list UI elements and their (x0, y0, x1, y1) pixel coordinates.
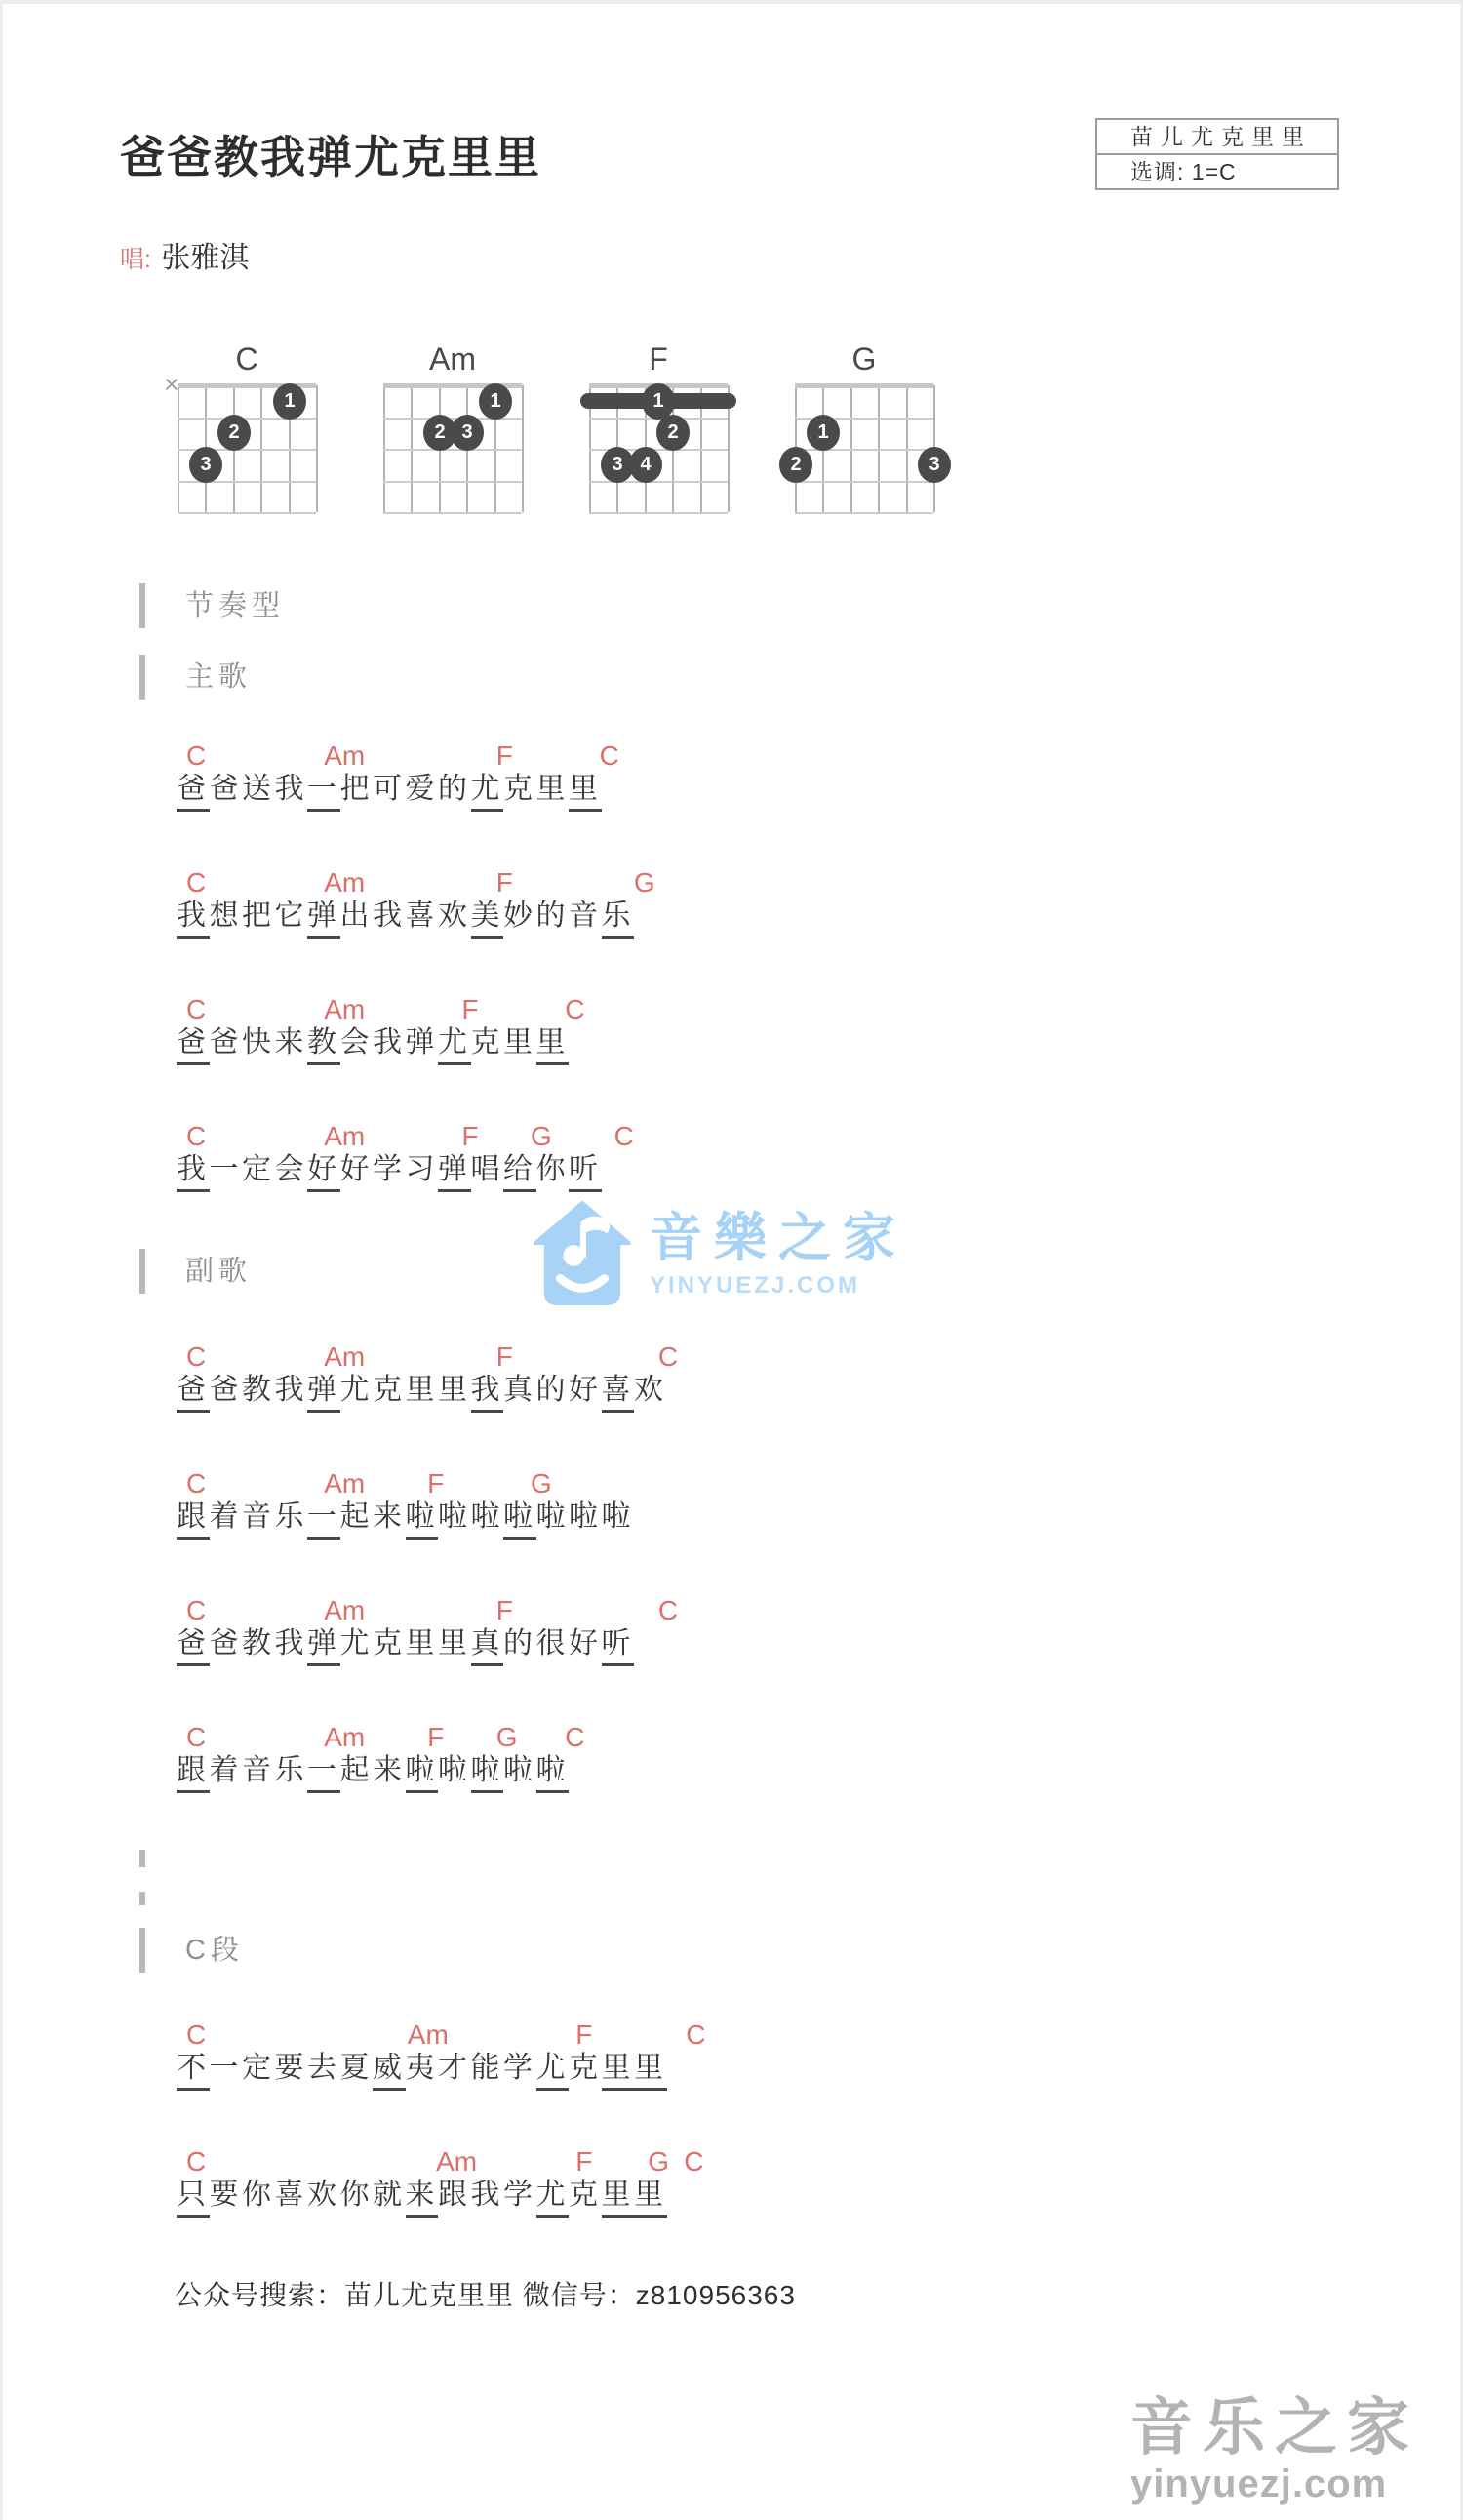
lyric-char: 起 (340, 1753, 374, 1790)
lyric-char: 只 (177, 2178, 210, 2218)
lyric-char: 里 (634, 2178, 667, 2218)
lyric-char: 真 (503, 1373, 536, 1410)
lyric-char: 会 (275, 1152, 308, 1189)
lyric-char: 里 (406, 1626, 439, 1663)
lyric-char: 习 (406, 1152, 439, 1189)
lyric-char: 我 (471, 1373, 504, 1413)
lyric-char: 听 (569, 1152, 602, 1192)
lyric-char: 学 (503, 2178, 536, 2215)
singer-line: 唱: 张雅淇 (120, 240, 1460, 282)
fret-line (178, 512, 316, 514)
chord-label-C: C (565, 1723, 584, 1752)
lyric-char: 尤 (471, 772, 504, 812)
lyric-line: CAmFC爸爸快来教会我弹尤克里里 (177, 995, 1460, 1065)
lyric-char: 的 (503, 1626, 536, 1663)
lyric-char: 能 (471, 2051, 504, 2088)
lyric-char: 不 (177, 2051, 210, 2091)
lyric-char: 爱 (406, 772, 439, 809)
lyric-char: 好 (569, 1373, 602, 1410)
lyric-char: 我 (177, 1152, 210, 1192)
lyric-char: 啦 (536, 1500, 570, 1537)
chord-label-Am: Am (324, 1723, 365, 1752)
chord-label-C: C (186, 1596, 206, 1625)
chord-label-F: F (575, 2147, 592, 2177)
chord-label-Am: Am (324, 995, 365, 1024)
lyric-char: 我 (275, 1626, 308, 1663)
lyric-char: 尤 (340, 1373, 374, 1410)
lyric-char: 教 (242, 1626, 275, 1663)
lyric-char: 里 (602, 2178, 635, 2218)
chord-name: F (589, 342, 728, 378)
lyric-char: 一 (307, 1500, 340, 1540)
lyric-char: 来 (406, 2178, 439, 2218)
chord-name: C (178, 342, 316, 378)
lyric-char: 啦 (471, 1500, 504, 1537)
muted-string-icon: × (164, 370, 179, 400)
string-line (522, 385, 524, 512)
lyric-char: 弹 (307, 1626, 340, 1666)
fret-line (383, 512, 522, 514)
lyric-char: 真 (471, 1626, 504, 1666)
lyric-text: 跟着音乐一起来啦啦啦啦啦 (177, 1753, 569, 1793)
lyric-char: 我 (471, 2178, 504, 2215)
chord-label-C: C (686, 2020, 705, 2050)
lyric-char: 快 (242, 1025, 275, 1062)
chord-label-G: G (496, 1723, 518, 1752)
lyric-char: 欢 (307, 2178, 340, 2215)
lyric-char: 给 (503, 1152, 536, 1192)
lyric-char: 就 (373, 2178, 406, 2215)
lyric-char: 你 (536, 1152, 570, 1189)
lyric-char: 克 (569, 2178, 602, 2215)
lyric-char: 想 (210, 899, 243, 936)
lyric-line: CAmFG我想把它弹出我喜欢美妙的音乐 (177, 868, 1460, 939)
lyric-char: 一 (210, 2051, 243, 2088)
lyric-char: 我 (275, 1373, 308, 1410)
lyric-char: 弹 (406, 1025, 439, 1062)
finger-dot: 1 (479, 383, 512, 420)
fret-line (589, 512, 728, 514)
section-bar (139, 1928, 145, 1973)
info-channel: 苗儿尤克里里 (1097, 120, 1337, 155)
lyric-line: CAmFC爸爸送我一把可爱的尤克里里 (177, 741, 1460, 812)
finger-dot: 2 (217, 415, 251, 451)
chord-label-G: G (634, 868, 655, 898)
lyric-char: 一 (307, 1753, 340, 1793)
chord-label-F: F (575, 2020, 592, 2050)
lyric-char: 喜 (406, 899, 439, 936)
lyric-char: 里 (438, 1626, 471, 1663)
lyric-char: 唱 (471, 1152, 504, 1189)
lyric-char: 里 (503, 1025, 536, 1062)
section-header-节奏型: 节奏型 (139, 583, 1460, 628)
section-header-主歌: 主歌 (139, 655, 1460, 700)
lyric-char: 音 (569, 899, 602, 936)
lyric-line: CAmFGC跟着音乐一起来啦啦啦啦啦 (177, 1723, 1460, 1793)
lyric-char: 爸 (210, 1025, 243, 1062)
section-header-副歌: 副歌 (139, 1249, 1460, 1294)
lyric-text: 跟着音乐一起来啦啦啦啦啦啦啦 (177, 1500, 634, 1540)
lyric-char: 才 (438, 2051, 471, 2088)
finger-dot: 3 (189, 447, 222, 483)
chord-label-F: F (461, 1122, 478, 1151)
lyric-char: 啦 (536, 1753, 570, 1793)
fret-line (795, 481, 933, 483)
lyric-char: 妙 (503, 899, 536, 936)
lyric-char: 爸 (177, 1626, 210, 1666)
lyric-char: 爸 (210, 1626, 243, 1663)
chord-label-C: C (186, 868, 206, 898)
chord-label-Am: Am (324, 741, 365, 771)
section-label: 节奏型 (185, 583, 285, 628)
lyric-char: 尤 (536, 2178, 570, 2218)
lyric-char: 送 (242, 772, 275, 809)
lyric-char: 来 (373, 1500, 406, 1537)
lyric-char: 里 (569, 772, 602, 812)
lyric-char: 乐 (275, 1500, 308, 1537)
lyric-char: 定 (242, 1152, 275, 1189)
chord-label-C: C (186, 995, 206, 1024)
finger-dot: 1 (273, 383, 306, 420)
lyric-char: 里 (406, 1373, 439, 1410)
lyric-char: 啦 (503, 1753, 536, 1790)
chord-label-Am: Am (324, 868, 365, 898)
lyric-char: 它 (275, 899, 308, 936)
chord-sheet-page: 苗儿尤克里里 选调: 1=C 爸爸教我弹尤克里里 唱: 张雅淇 C×123Am1… (3, 4, 1460, 2520)
lyric-char: 听 (602, 1626, 635, 1666)
lyric-char: 跟 (177, 1500, 210, 1540)
section-spacer-bar (139, 1850, 145, 1867)
lyric-char: 音 (242, 1500, 275, 1537)
finger-dot: 2 (779, 447, 812, 483)
finger-dot: 1 (807, 415, 840, 451)
chord-label-F: F (496, 1342, 513, 1372)
lyric-char: 要 (210, 2178, 243, 2215)
chord-label-C: C (186, 1122, 206, 1151)
chord-diagram-c: C×123 (178, 342, 316, 512)
lyric-char: 克 (503, 772, 536, 809)
lyric-char: 好 (569, 1626, 602, 1663)
lyric-char: 学 (503, 2051, 536, 2088)
lyric-line: CAmFGC我一定会好好学习弹唱给你听 (177, 1122, 1460, 1192)
info-box: 苗儿尤克里里 选调: 1=C (1095, 118, 1339, 190)
chord-label-Am: Am (408, 2020, 449, 2050)
lyric-char: 克 (569, 2051, 602, 2088)
lyric-char: 里 (438, 1373, 471, 1410)
lyric-char: 起 (340, 1500, 374, 1537)
lyric-char: 学 (373, 1152, 406, 1189)
chord-label-C: C (186, 2147, 206, 2177)
lyric-char: 克 (373, 1373, 406, 1410)
lyric-text: 我想把它弹出我喜欢美妙的音乐 (177, 899, 634, 939)
string-line (316, 385, 318, 512)
singer-name: 张雅淇 (161, 242, 249, 274)
finger-dot: 3 (918, 447, 951, 483)
lyric-char: 喜 (602, 1373, 635, 1413)
chord-diagram-g: G123 (795, 342, 933, 512)
lyric-char: 爸 (177, 1025, 210, 1065)
lyric-char: 啦 (471, 1753, 504, 1793)
chord-label-F: F (427, 1469, 444, 1499)
chord-label-Am: Am (324, 1122, 365, 1151)
chord-label-C: C (186, 1342, 206, 1372)
lyric-char: 会 (340, 1025, 374, 1062)
lyric-text: 不一定要去夏威夷才能学尤克里里 (177, 2051, 667, 2091)
section-label: C段 (185, 1928, 244, 1973)
lyric-char: 欢 (438, 899, 471, 936)
lyric-char: 你 (340, 2178, 374, 2215)
chord-label-C: C (565, 995, 584, 1024)
lyric-char: 来 (373, 1753, 406, 1790)
chord-label-C: C (186, 2020, 206, 2050)
lyric-char: 啦 (602, 1500, 635, 1537)
chord-label-Am: Am (324, 1596, 365, 1625)
finger-dot: 3 (451, 415, 484, 451)
bottom-watermark-title: 音乐之家 (1130, 2392, 1419, 2462)
lyric-char: 把 (340, 772, 374, 809)
lyric-char: 威 (373, 2051, 406, 2091)
bottom-watermark-domain: yinyuezj.com (1130, 2462, 1419, 2505)
lyric-char: 克 (373, 1626, 406, 1663)
lyric-text: 爸爸送我一把可爱的尤克里里 (177, 772, 602, 812)
lyric-char: 欢 (634, 1373, 667, 1410)
barre-finger-dot: 1 (642, 383, 675, 420)
chord-label-G: G (648, 2147, 669, 2177)
lyric-char: 尤 (438, 1025, 471, 1065)
chord-label-G: G (531, 1122, 552, 1151)
lyric-char: 弹 (438, 1152, 471, 1192)
chord-label-C: C (684, 2147, 703, 2177)
song-body: 节奏型主歌CAmFC爸爸送我一把可爱的尤克里里CAmFG我想把它弹出我喜欢美妙的… (120, 583, 1460, 2218)
lyric-char: 出 (340, 899, 374, 936)
lyric-char: 我 (373, 1025, 406, 1062)
chord-diagrams-row: C×123Am123F1234G123 (120, 342, 1460, 526)
lyric-char: 定 (242, 2051, 275, 2088)
chord-label-C: C (186, 1469, 206, 1499)
chord-grid: 1234 (589, 385, 728, 512)
lyric-text: 只要你喜欢你就来跟我学尤克里里 (177, 2178, 667, 2218)
singer-label: 唱: (120, 246, 151, 273)
info-key: 选调: 1=C (1097, 155, 1337, 188)
chord-label-Am: Am (436, 2147, 477, 2177)
lyric-line: CAmFC爸爸教我弹尤克里里我真的好喜欢 (177, 1342, 1460, 1413)
lyric-char: 很 (536, 1626, 570, 1663)
footer-note: 公众号搜索：苗儿尤克里里 微信号：z810956363 (175, 2274, 1460, 2313)
lyric-char: 跟 (438, 2178, 471, 2215)
lyric-char: 夏 (340, 2051, 374, 2088)
chord-label-C: C (614, 1122, 634, 1151)
section-bar (139, 1249, 145, 1294)
lyric-char: 着 (210, 1753, 243, 1790)
lyric-char: 去 (307, 2051, 340, 2088)
section-header-C段: C段 (139, 1928, 1460, 1973)
lyric-char: 的 (438, 772, 471, 809)
lyric-char: 克 (471, 1025, 504, 1062)
lyric-char: 啦 (438, 1500, 471, 1537)
finger-dot: 4 (629, 447, 662, 483)
chord-grid: ×123 (178, 385, 316, 512)
lyric-char: 的 (536, 1373, 570, 1410)
chord-label-C: C (600, 741, 619, 771)
lyric-char: 里 (536, 1025, 570, 1065)
lyric-char: 啦 (406, 1500, 439, 1540)
lyric-char: 我 (275, 772, 308, 809)
lyric-char: 可 (373, 772, 406, 809)
lyric-char: 里 (634, 2051, 667, 2091)
chord-label-F: F (427, 1723, 444, 1752)
lyric-char: 尤 (340, 1626, 374, 1663)
lyric-char: 啦 (503, 1500, 536, 1540)
lyric-char: 好 (340, 1152, 374, 1189)
chord-label-C: C (658, 1596, 678, 1625)
chord-label-C: C (658, 1342, 678, 1372)
chord-grid: 123 (795, 385, 933, 512)
lyric-char: 夷 (406, 2051, 439, 2088)
lyric-char: 教 (242, 1373, 275, 1410)
lyric-char: 一 (210, 1152, 243, 1189)
chord-label-F: F (496, 868, 513, 898)
lyric-char: 爸 (177, 1373, 210, 1413)
fret-line (383, 449, 522, 451)
chord-label-Am: Am (324, 1342, 365, 1372)
fret-line (795, 512, 933, 514)
section-label: 主歌 (185, 655, 252, 700)
lyric-text: 爸爸教我弹尤克里里真的很好听 (177, 1626, 634, 1666)
lyric-char: 把 (242, 899, 275, 936)
section-spacer-bar (139, 1892, 145, 1905)
lyric-char: 尤 (536, 2051, 570, 2091)
lyric-char: 爸 (210, 772, 243, 809)
chord-name: Am (383, 342, 522, 378)
lyric-line: CAmFC爸爸教我弹尤克里里真的很好听 (177, 1596, 1460, 1666)
lyric-char: 里 (536, 772, 570, 809)
lyric-char: 你 (242, 2178, 275, 2215)
lyric-char: 好 (307, 1152, 340, 1192)
lyric-text: 爸爸快来教会我弹尤克里里 (177, 1025, 569, 1065)
chord-grid: 123 (383, 385, 522, 512)
lyric-char: 啦 (569, 1500, 602, 1537)
lyric-line: CAmFG跟着音乐一起来啦啦啦啦啦啦啦 (177, 1469, 1460, 1540)
fret-line (383, 481, 522, 483)
lyric-char: 来 (275, 1025, 308, 1062)
lyric-char: 乐 (275, 1753, 308, 1790)
lyric-char: 着 (210, 1500, 243, 1537)
lyric-char: 我 (373, 899, 406, 936)
lyric-char: 我 (177, 899, 210, 939)
bottom-watermark: 音乐之家 yinyuezj.com (1130, 2392, 1419, 2505)
section-label: 副歌 (185, 1249, 252, 1294)
lyric-char: 音 (242, 1753, 275, 1790)
lyric-char: 跟 (177, 1753, 210, 1793)
chord-name: G (795, 342, 933, 378)
chord-label-F: F (461, 995, 478, 1024)
lyric-text: 爸爸教我弹尤克里里我真的好喜欢 (177, 1373, 667, 1413)
chord-label-Am: Am (324, 1469, 365, 1499)
lyric-char: 一 (307, 772, 340, 812)
chord-label-C: C (186, 1723, 206, 1752)
nut-line (795, 383, 933, 388)
lyric-char: 啦 (438, 1753, 471, 1790)
chord-diagram-f: F1234 (589, 342, 728, 512)
chord-label-F: F (496, 741, 513, 771)
lyric-char: 啦 (406, 1753, 439, 1793)
lyric-char: 乐 (602, 899, 635, 939)
section-bar (139, 655, 145, 700)
chord-label-G: G (531, 1469, 552, 1499)
lyric-char: 美 (471, 899, 504, 939)
lyric-text: 我一定会好好学习弹唱给你听 (177, 1152, 602, 1192)
lyric-char: 要 (275, 2051, 308, 2088)
lyric-char: 里 (602, 2051, 635, 2091)
finger-dot: 2 (656, 415, 690, 451)
lyric-char: 弹 (307, 1373, 340, 1413)
lyric-char: 爸 (177, 772, 210, 812)
chord-diagram-am: Am123 (383, 342, 522, 512)
lyric-line: CAmFGC只要你喜欢你就来跟我学尤克里里 (177, 2147, 1460, 2218)
lyric-char: 的 (536, 899, 570, 936)
lyric-char: 弹 (307, 899, 340, 939)
lyric-char: 爸 (210, 1373, 243, 1410)
chord-label-C: C (186, 741, 206, 771)
chord-label-F: F (496, 1596, 513, 1625)
section-bar (139, 583, 145, 628)
lyric-char: 喜 (275, 2178, 308, 2215)
lyric-char: 教 (307, 1025, 340, 1065)
lyric-line: CAmFC不一定要去夏威夷才能学尤克里里 (177, 2020, 1460, 2091)
